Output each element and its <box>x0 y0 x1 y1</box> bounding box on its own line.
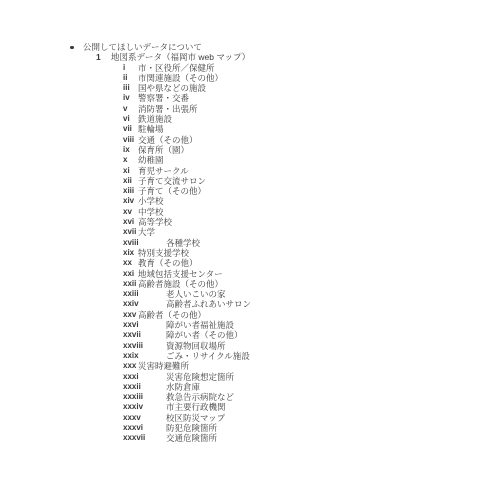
list-item: xvii 大学 <box>0 227 495 237</box>
list-item: xxxiii 救急告示病院など <box>0 392 495 402</box>
item-numeral: xxx <box>123 361 136 371</box>
list-item: xiii 子育て（その他） <box>0 186 495 196</box>
list-item: xx 教育（その他） <box>0 258 495 268</box>
list-item: vi 鉄道施設 <box>0 114 495 124</box>
map-data-list: i 市・区役所／保健所 ii 市関連施設（その他） iii 国や県などの施設 i… <box>0 63 495 444</box>
item-label: 高齢者（その他） <box>138 310 206 320</box>
item-numeral: xx <box>123 258 132 268</box>
item-label: 駐輪場 <box>138 124 164 134</box>
list-item: iii 国や県などの施設 <box>0 83 495 93</box>
item-numeral: xii <box>123 176 132 186</box>
item-numeral: xvii <box>123 227 136 237</box>
item-label: 資源物回収場所 <box>166 341 226 351</box>
list-item: xxxi 災害危険想定箇所 <box>0 372 495 382</box>
item-label: 市・区役所／保健所 <box>138 63 215 73</box>
item-label: 老人いこいの家 <box>166 289 226 299</box>
document-page: 公開してほしいデータについて 1 地図系データ（福岡市 web マップ） i 市… <box>0 0 495 495</box>
list-item: xv 中学校 <box>0 207 495 217</box>
list-item: xxvii 障がい者（その他） <box>0 330 495 340</box>
item-numeral: xiv <box>123 196 134 206</box>
item-numeral: xxvii <box>123 330 141 340</box>
list-item: xxv 高齢者（その他） <box>0 310 495 320</box>
list-item: vii 駐輪場 <box>0 124 495 134</box>
list-item: xxii 高齢者施設（その他） <box>0 279 495 289</box>
list-item: iv 警察署・交番 <box>0 93 495 103</box>
item-numeral: xix <box>123 248 134 258</box>
list-item: xxvi 障がい者福祉施設 <box>0 320 495 330</box>
list-item: xxi 地域包括支援センター <box>0 269 495 279</box>
item-label: 各種学校 <box>166 238 200 248</box>
item-numeral: xxxiv <box>123 402 143 412</box>
item-label: 交通危険箇所 <box>166 433 217 443</box>
item-numeral: xxxiii <box>123 392 143 402</box>
list-item: x 幼稚園 <box>0 155 495 165</box>
item-label: 水防倉庫 <box>166 382 200 392</box>
item-label: 障がい者福祉施設 <box>166 320 234 330</box>
item-label: 警察署・交番 <box>138 93 189 103</box>
list-item: xxxii 水防倉庫 <box>0 382 495 392</box>
numbered-item: 1 地図系データ（福岡市 web マップ） <box>0 52 495 62</box>
item-label: 地域包括支援センター <box>138 269 223 279</box>
list-item: v 消防署・出張所 <box>0 104 495 114</box>
item-numeral: xxiv <box>123 299 139 309</box>
item-label: 中学校 <box>138 207 164 217</box>
bullet-icon <box>70 46 74 50</box>
item-label: 救急告示病院など <box>166 392 234 402</box>
item-label: 市関連施設（その他） <box>138 73 223 83</box>
item-label: 国や県などの施設 <box>138 83 206 93</box>
list-item: xxiv 高齢者ふれあいサロン <box>0 299 495 309</box>
list-item: xi 育児サークル <box>0 166 495 176</box>
item-numeral: xxxi <box>123 372 139 382</box>
item-numeral: xxv <box>123 310 136 320</box>
list-item: xii 子育て交流サロン <box>0 176 495 186</box>
item-label: 高等学校 <box>138 217 172 227</box>
item-label: 幼稚園 <box>138 155 164 165</box>
list-item: xxix ごみ・リサイクル施設 <box>0 351 495 361</box>
item-numeral: xiii <box>123 186 134 196</box>
list-item: xxiii 老人いこいの家 <box>0 289 495 299</box>
item-numeral: xxxv <box>123 413 141 423</box>
item-numeral: ix <box>123 145 130 155</box>
item-numeral: xxxvi <box>123 423 143 433</box>
item-label: 消防署・出張所 <box>138 104 198 114</box>
numbered-item-text: 地図系データ（福岡市 web マップ） <box>111 52 250 62</box>
item-label: 保育所（園） <box>138 145 189 155</box>
item-numeral: xxiii <box>123 289 139 299</box>
item-label: 防犯危険箇所 <box>166 423 217 433</box>
item-label: 育児サークル <box>138 166 189 176</box>
list-item: xxxvii 交通危険箇所 <box>0 433 495 443</box>
item-numeral: xxix <box>123 351 139 361</box>
list-item: xxxvi 防犯危険箇所 <box>0 423 495 433</box>
item-numeral: xv <box>123 207 132 217</box>
item-label: 大学 <box>138 227 155 237</box>
item-label: 災害時避難所 <box>138 361 189 371</box>
item-label: 高齢者ふれあいサロン <box>166 299 251 309</box>
item-numeral: xxxvii <box>123 433 145 443</box>
item-numeral: xvi <box>123 217 134 227</box>
item-numeral: xxxii <box>123 382 141 392</box>
list-item: xiv 小学校 <box>0 196 495 206</box>
list-item: xviii 各種学校 <box>0 238 495 248</box>
list-item: xxviii 資源物回収場所 <box>0 341 495 351</box>
list-item: xvi 高等学校 <box>0 217 495 227</box>
item-numeral: v <box>123 104 127 114</box>
item-label: 鉄道施設 <box>138 114 172 124</box>
bullet-item: 公開してほしいデータについて <box>0 42 495 52</box>
item-numeral: i <box>123 63 125 73</box>
item-label: 交通（その他） <box>138 135 198 145</box>
list-item: ix 保育所（園） <box>0 145 495 155</box>
item-numeral: x <box>123 155 127 165</box>
list-item: viii 交通（その他） <box>0 135 495 145</box>
list-item: xxxv 校区防災マップ <box>0 413 495 423</box>
list-item: xxxiv 市主要行政機関 <box>0 402 495 412</box>
item-numeral: iv <box>123 93 130 103</box>
item-numeral: xxi <box>123 269 134 279</box>
list-item: ii 市関連施設（その他） <box>0 73 495 83</box>
item-numeral: xxviii <box>123 341 143 351</box>
item-label: 災害危険想定箇所 <box>166 372 234 382</box>
item-label: 市主要行政機関 <box>166 402 226 412</box>
item-numeral: iii <box>123 83 130 93</box>
item-numeral: xi <box>123 166 130 176</box>
item-numeral: xviii <box>123 238 139 248</box>
item-label: 子育て（その他） <box>138 186 206 196</box>
item-label: 小学校 <box>138 196 164 206</box>
numbered-item-marker: 1 <box>96 52 101 62</box>
list-item: xix 特別支援学校 <box>0 248 495 258</box>
list-item: i 市・区役所／保健所 <box>0 63 495 73</box>
item-label: ごみ・リサイクル施設 <box>166 351 250 361</box>
item-label: 教育（その他） <box>138 258 198 268</box>
item-label: 校区防災マップ <box>166 413 225 423</box>
item-label: 障がい者（その他） <box>166 330 243 340</box>
item-numeral: viii <box>123 135 134 145</box>
item-label: 高齢者施設（その他） <box>138 279 223 289</box>
item-label: 子育て交流サロン <box>138 176 206 186</box>
item-numeral: vii <box>123 124 132 134</box>
document-body: 公開してほしいデータについて 1 地図系データ（福岡市 web マップ） i 市… <box>0 42 495 444</box>
item-numeral: xxvi <box>123 320 139 330</box>
item-numeral: xxii <box>123 279 136 289</box>
item-numeral: vi <box>123 114 130 124</box>
list-item: xxx 災害時避難所 <box>0 361 495 371</box>
bullet-item-text: 公開してほしいデータについて <box>83 42 202 52</box>
item-label: 特別支援学校 <box>138 248 189 258</box>
item-numeral: ii <box>123 73 127 83</box>
